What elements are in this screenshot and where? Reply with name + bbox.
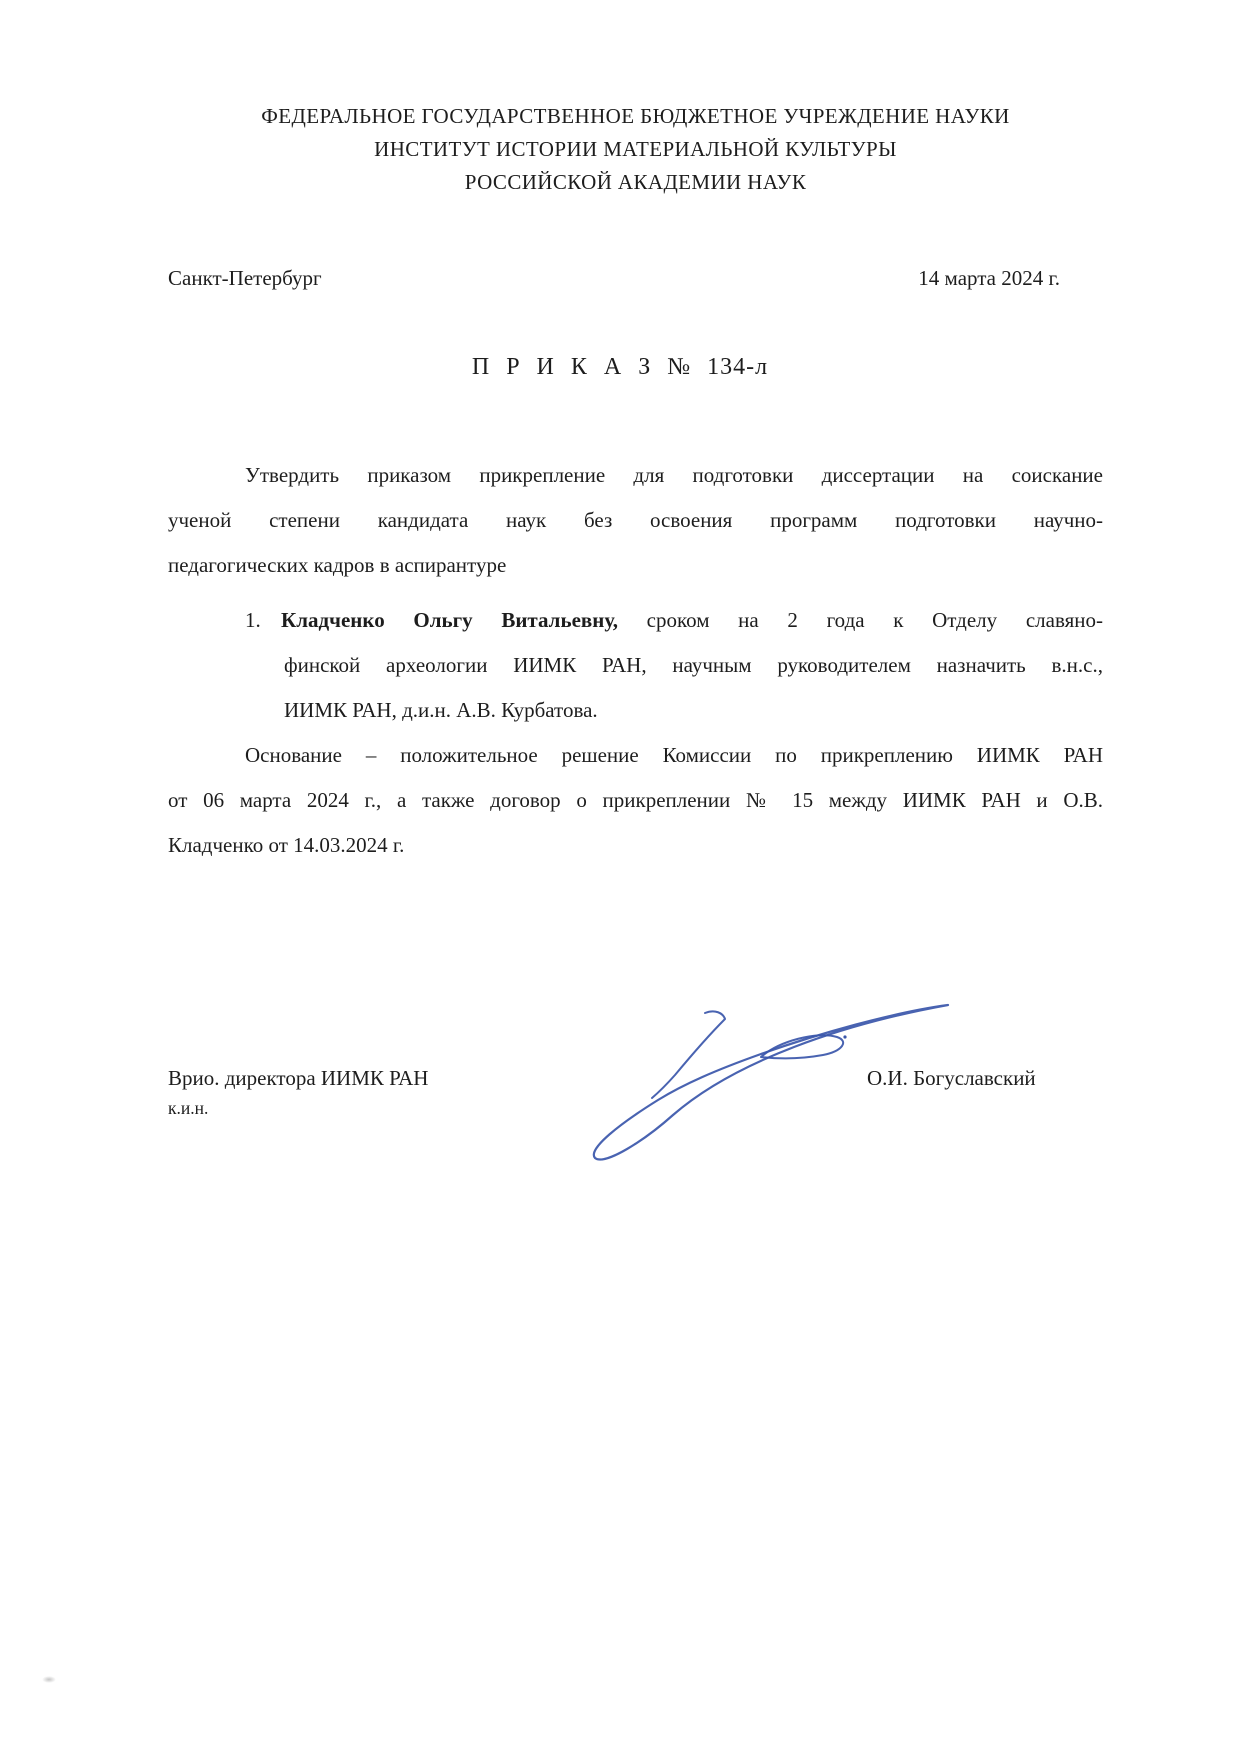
paragraph-1-line-1: Утвердить приказом прикрепление для подг… (168, 453, 1103, 498)
list-item-1-line-2: финской археологии ИИМК РАН, научным рук… (168, 643, 1103, 688)
scanned-order-page: ФЕДЕРАЛЬНОЕ ГОСУДАРСТВЕННОЕ БЮДЖЕТНОЕ УЧ… (0, 0, 1240, 1753)
paragraph-1-line-2: ученой степени кандидата наук без освоен… (168, 498, 1103, 543)
order-title: П Р И К А З № 134-л (0, 352, 1240, 382)
org-header-line-1: ФЕДЕРАЛЬНОЕ ГОСУДАРСТВЕННОЕ БЮДЖЕТНОЕ УЧ… (168, 100, 1103, 133)
organization-header: ФЕДЕРАЛЬНОЕ ГОСУДАРСТВЕННОЕ БЮДЖЕТНОЕ УЧ… (168, 100, 1103, 199)
paragraph-2-line-3: Кладченко от 14.03.2024 г. (168, 823, 1103, 868)
signer-name: О.И. Богуславский (867, 1064, 1036, 1092)
signer-role: Врио. директора ИИМК РАН (168, 1064, 428, 1092)
list-item-1-text: сроком на 2 года к Отделу славяно- (647, 608, 1103, 632)
list-item-1-line-3: ИИМК РАН, д.и.н. А.В. Курбатова. (168, 688, 1103, 733)
document-city: Санкт-Петербург (168, 264, 322, 292)
org-header-line-3: РОССИЙСКОЙ АКАДЕМИИ НАУК (168, 166, 1103, 199)
org-header-line-2: ИНСТИТУТ ИСТОРИИ МАТЕРИАЛЬНОЙ КУЛЬТУРЫ (168, 133, 1103, 166)
signer-role-block: Врио. директора ИИМК РАН к.и.н. (168, 1064, 428, 1119)
paragraph-2-line-2: от 06 марта 2024 г., а также договор о п… (168, 778, 1103, 823)
order-body: Утвердить приказом прикрепление для подг… (168, 453, 1103, 868)
paragraph-2-line-1: Основание – положительное решение Комисс… (168, 733, 1103, 778)
signer-degree: к.и.н. (168, 1097, 428, 1119)
list-item-1-number: 1. (245, 598, 281, 643)
place-and-date-line: Санкт-Петербург 14 марта 2024 г. (168, 264, 1103, 292)
list-item-1-name: Кладченко Ольгу Витальевну, (281, 608, 618, 632)
list-item-1-line-1: 1.Кладченко Ольгу Витальевну, сроком на … (168, 598, 1103, 643)
paragraph-1-line-3: педагогических кадров в аспирантуре (168, 543, 1103, 588)
scan-artifact-speck (42, 1676, 56, 1683)
document-date: 14 марта 2024 г. (918, 264, 1103, 292)
